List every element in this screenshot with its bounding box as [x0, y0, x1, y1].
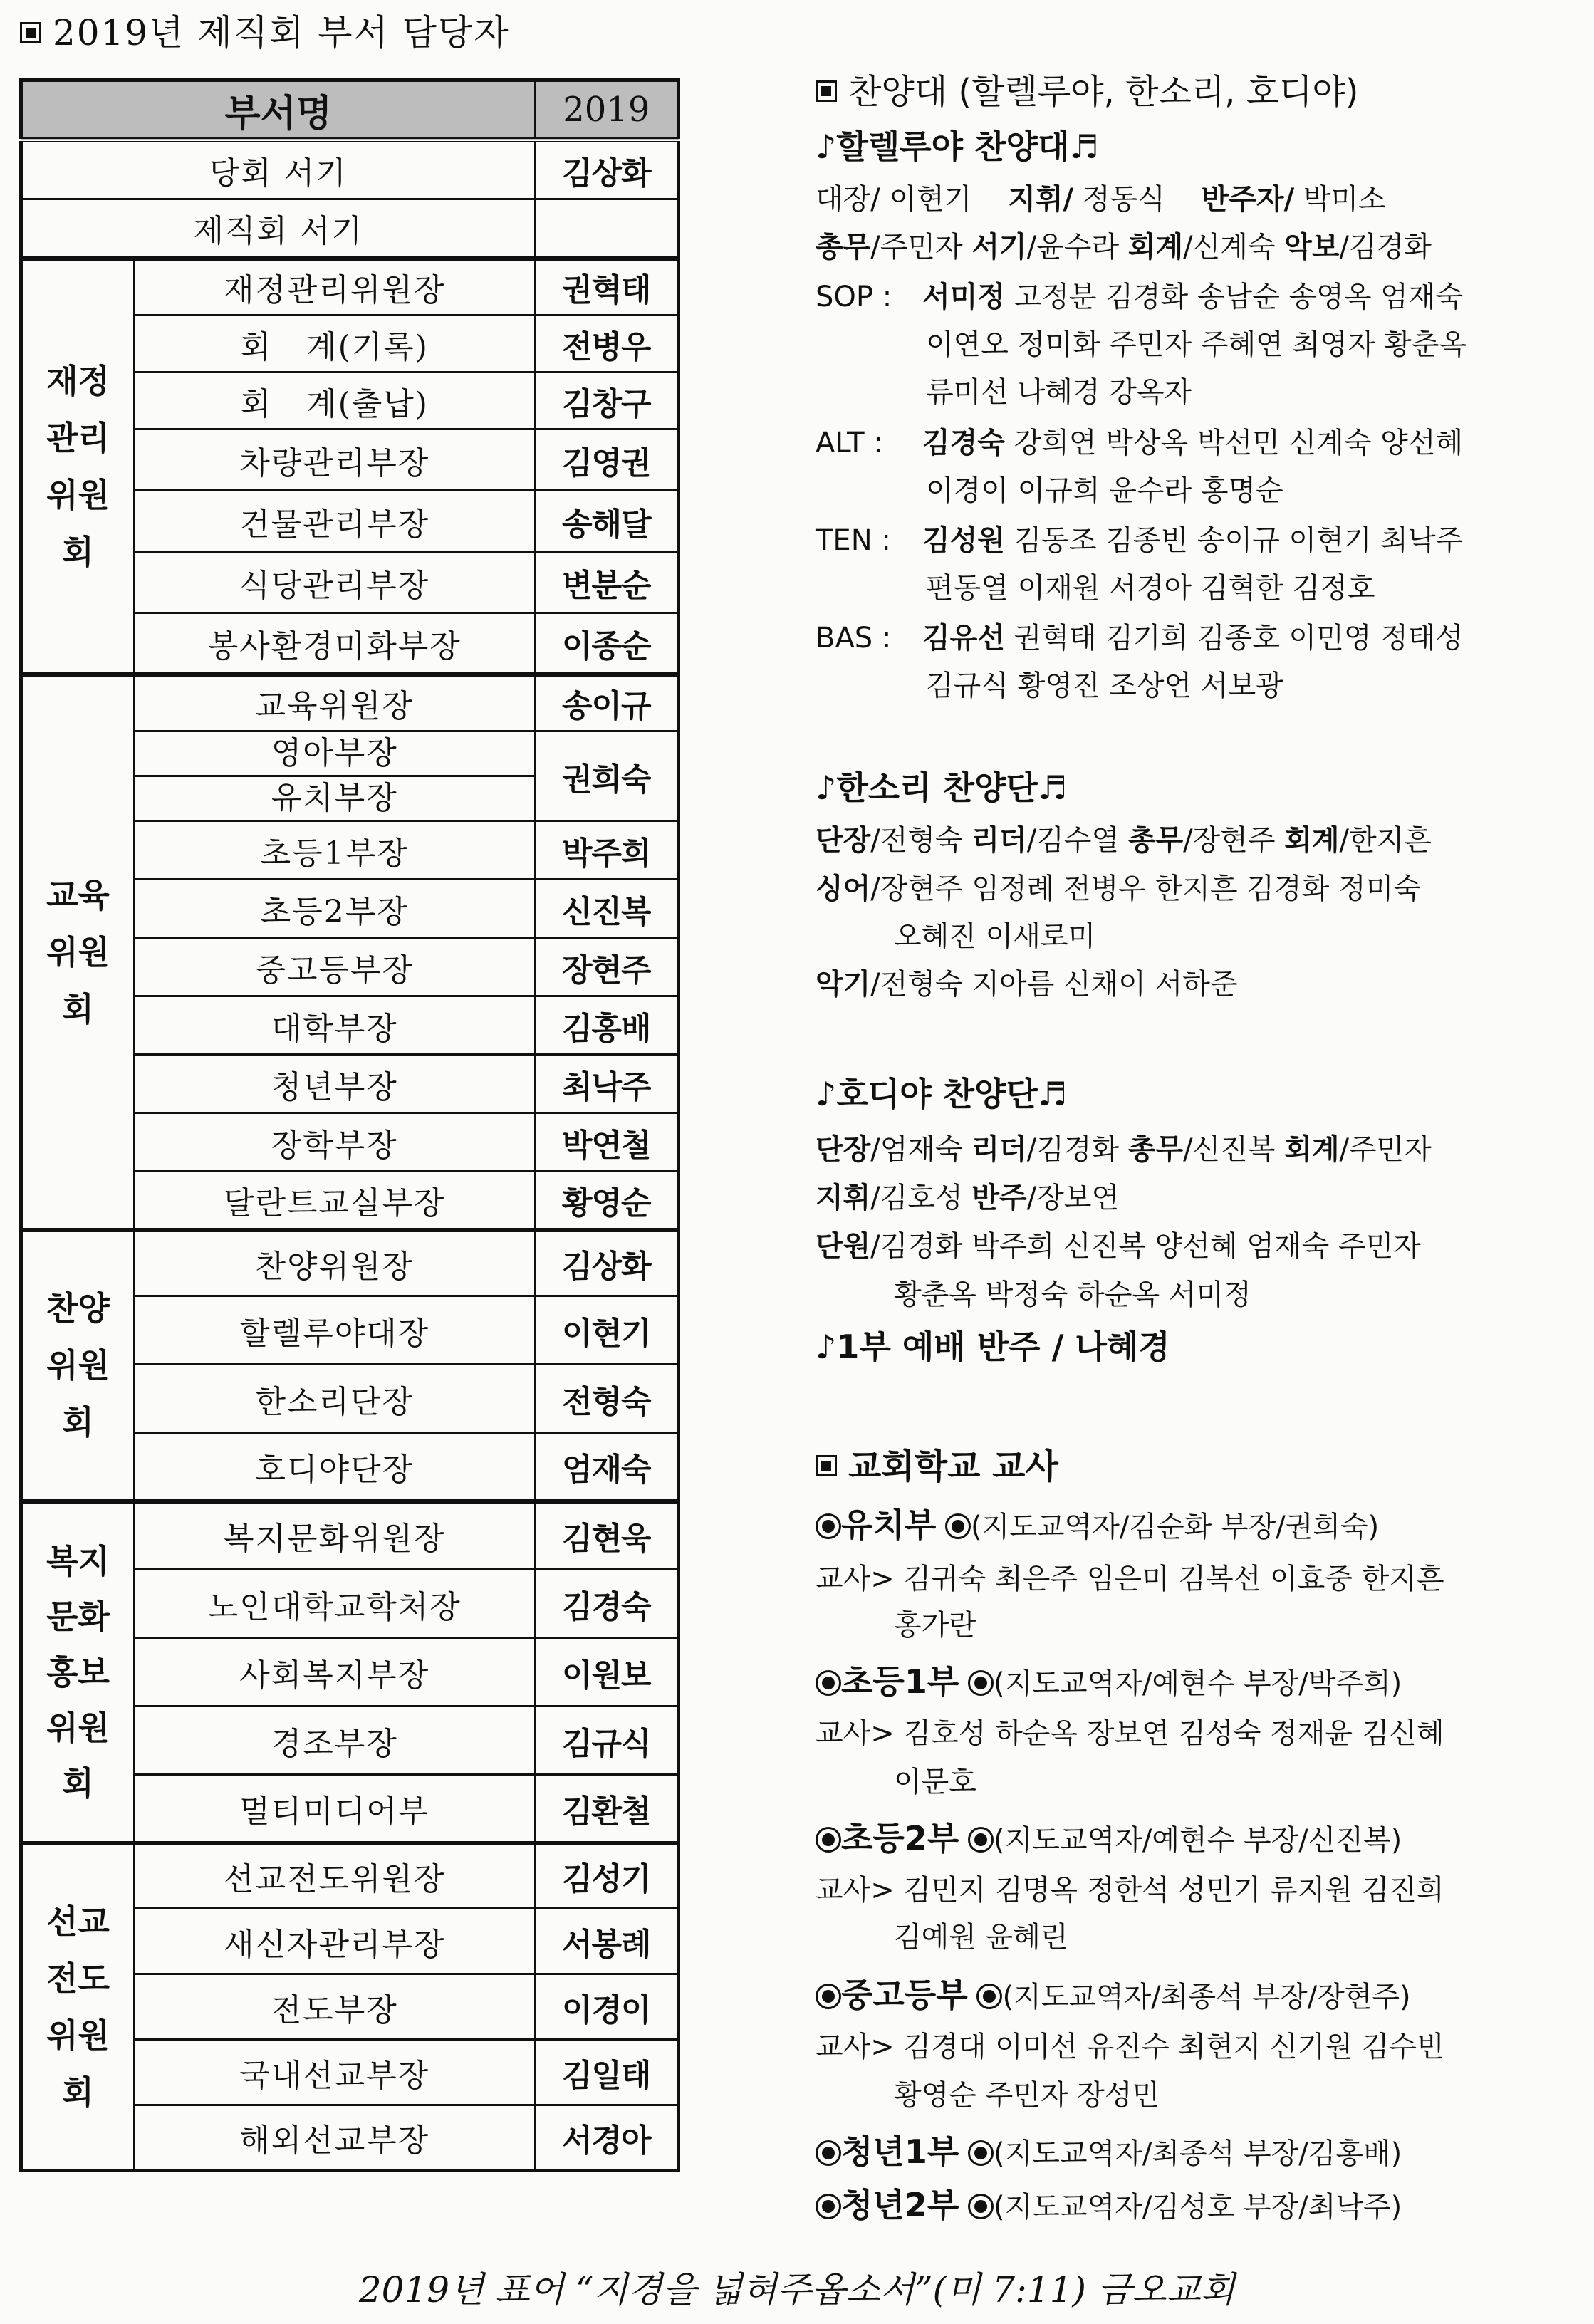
group-label-mission: 선교 전도 위원 회 [21, 1843, 135, 2171]
singers-label: 싱어 [816, 872, 870, 905]
hansori-instruments: 악기/전형숙 지아름 신채이 서하준 [816, 962, 1238, 1002]
role-cell: 초등2부장 [135, 880, 536, 938]
part-members: 김규식 황영진 조상언 서보광 [816, 663, 1283, 704]
group-label-line: 회 [23, 2064, 133, 2121]
singers-list: 오혜진 이새로미 [816, 914, 1095, 954]
school-section-title-text: 교회학교 교사 [848, 1447, 1058, 1486]
first-service-accompanist: ♪1부 예배 반주 / 나혜경 [816, 1321, 1170, 1368]
hansori-title-text: 한소리 찬양단 [836, 768, 1038, 807]
teachers-line: 교사> 김민지 김명옥 정한석 성민기 류지원 김진희 [816, 1867, 1444, 1908]
group-label-line: 회 [23, 1394, 133, 1451]
group-label-line: 관리 [23, 410, 133, 467]
role-cell: 회 계(출납) [135, 372, 536, 429]
bullseye-icon [968, 1670, 994, 1696]
part-label: SOP : [816, 281, 922, 313]
officer-name: /장보연 [1027, 1182, 1119, 1214]
group-label-line: 교육 [23, 867, 133, 924]
table-header-row: 부서명 2019 [21, 80, 679, 140]
bullseye-icon [968, 2194, 994, 2219]
roster-title-text: 2019년 제직회 부서 담당자 [53, 12, 510, 53]
role-cell: 해외선교부장 [135, 2105, 536, 2171]
teacher-list: 홍가란 [816, 1603, 976, 1643]
name-cell: 박연철 [535, 1113, 678, 1172]
table-row: 교육 위원 회 교육위원장 송이규 [21, 674, 679, 731]
part-members: 권혁태 김기희 김종호 이민영 정태성 [1014, 622, 1463, 655]
hansori-singers: 싱어/장현주 임정례 전병우 한지흔 김경화 정미숙 [816, 866, 1421, 907]
header-year: 2019 [535, 80, 678, 140]
part-members: 김동조 김종빈 송이규 이현기 최낙주 [1014, 524, 1463, 557]
officer-name: 박미소 [1294, 183, 1386, 216]
group-label-line: 복지 [23, 1533, 133, 1589]
officer-role: 회계 [1284, 824, 1339, 857]
dept-young-adult-2: 청년2부 (지도교역자/김성호 부장/최낙주) [816, 2179, 1402, 2226]
hodiya-members: 단원/김경화 박주희 신진복 양선혜 엄재숙 주민자 [816, 1224, 1421, 1264]
bullseye-icon [976, 1984, 1002, 2009]
dept-info: (지도교역자/최종석 부장/장현주) [1002, 1981, 1410, 2013]
officer-name: 정동식 [1073, 183, 1165, 216]
first-service-text: 1부 예배 반주 / 나혜경 [836, 1328, 1170, 1366]
officer-role: 단장 [816, 824, 870, 857]
role-cell: 영아부장 [135, 731, 536, 776]
group-label-line: 홍보 [23, 1645, 133, 1700]
hallelujah-officers-1: 대장/ 이현기 지휘/ 정동식 반주자/ 박미소 [816, 177, 1386, 217]
role-cell: 당회 서기 [21, 140, 536, 199]
role-cell: 노인대학교학처장 [135, 1570, 536, 1638]
officer-name: /한지흔 [1340, 824, 1432, 857]
hodiya-title: ♪호디야 찬양단♬ [816, 1068, 1067, 1115]
members-list: 황춘옥 박정숙 하순옥 서미정 [816, 1272, 1251, 1313]
group-label-line: 선교 [23, 1893, 133, 1950]
group-label-line: 회 [23, 523, 133, 580]
beamed-notes-icon: ♬ [1038, 1075, 1067, 1113]
role-cell: 회 계(기록) [135, 316, 536, 372]
officer-name: /신진복 [1183, 1133, 1275, 1166]
role-cell: 멀티미디어부 [135, 1775, 536, 1843]
group-label-line: 찬양 [23, 1280, 133, 1337]
group-label-line: 재정 [23, 353, 133, 410]
part-label: TEN : [816, 524, 922, 557]
officer-role: 대장/ [816, 183, 880, 216]
role-cell: 건물관리부장 [135, 491, 536, 552]
officer-role: 반주 [971, 1182, 1026, 1214]
teachers-line: 교사> 김경대 이미선 유진수 최현지 신기원 김수빈 [816, 2024, 1444, 2065]
officer-name: /전형숙 [870, 824, 962, 857]
role-cell: 제직회 서기 [21, 199, 536, 259]
square-bullet-icon [816, 80, 837, 102]
group-label-line: 회 [23, 1756, 133, 1811]
officer-name: /김경화 [1340, 231, 1432, 264]
officer-role: 서기 [971, 231, 1026, 264]
teacher-label: 교사> [816, 1874, 895, 1907]
group-label-welfare: 복지 문화 홍보 위원 회 [21, 1501, 135, 1843]
bullseye-icon [816, 1827, 841, 1853]
table-row: 선교 전도 위원 회 선교전도위원장 김성기 [21, 1843, 679, 1909]
role-cell: 선교전도위원장 [135, 1843, 536, 1909]
name-cell: 이종순 [535, 613, 678, 674]
choir-section-title: 찬양대 (할렐루야, 한소리, 호디야) [816, 64, 1359, 113]
group-label-line: 문화 [23, 1589, 133, 1645]
teacher-list: 황영순 주민자 장성민 [816, 2073, 1160, 2113]
role-cell: 봉사환경미화부장 [135, 613, 536, 674]
instruments-list: /전형숙 지아름 신채이 서하준 [870, 968, 1237, 1001]
officer-role: 회계 [1284, 1133, 1339, 1166]
teachers-line: 교사> 김호성 하순옥 장보연 김성숙 정재윤 김신혜 [816, 1711, 1444, 1751]
name-cell: 김환철 [535, 1775, 678, 1843]
officer-role: 단장 [816, 1133, 870, 1166]
members-label: 단원 [816, 1230, 870, 1263]
choir-section-title-text: 찬양대 (할렐루야, 한소리, 호디야) [848, 72, 1359, 112]
group-label-finance: 재정 관리 위원 회 [21, 259, 135, 674]
hodiya-title-text: 호디야 찬양단 [836, 1075, 1038, 1113]
hansori-officers: 단장/전형숙 리더/김수열 총무/장현주 회계/한지흔 [816, 818, 1432, 858]
role-cell: 식당관리부장 [135, 552, 536, 613]
part-lead: 김유선 [922, 622, 1005, 655]
officer-role: 반주자/ [1202, 183, 1295, 216]
name-cell: 김경숙 [535, 1570, 678, 1638]
dept-young-adult-1: 청년1부 (지도교역자/최종석 부장/김홍배) [816, 2126, 1402, 2173]
role-cell: 한소리단장 [135, 1365, 536, 1433]
eighth-note-icon: ♪ [816, 768, 836, 807]
role-cell: 사회복지부장 [135, 1638, 536, 1706]
dept-name: 청년2부 [841, 2186, 959, 2224]
name-cell: 김상화 [535, 1230, 678, 1296]
officer-role: 리더 [971, 824, 1026, 857]
name-cell: 최낙주 [535, 1055, 678, 1113]
department-roster-table: 부서명 2019 당회 서기 김상화 제직회 서기 재정 관리 위원 회 재정관… [19, 78, 680, 2172]
name-cell: 이경이 [535, 1974, 678, 2040]
name-cell: 전형숙 [535, 1365, 678, 1433]
officer-name: /윤수라 [1027, 231, 1119, 264]
bullseye-icon [816, 1984, 841, 2009]
officer-role: 회계 [1128, 231, 1183, 264]
role-cell: 대학부장 [135, 996, 536, 1055]
singers-list: /장현주 임정례 전병우 한지흔 김경화 정미숙 [870, 872, 1421, 905]
name-cell: 김성기 [535, 1843, 678, 1909]
motto-footer: 2019년 표어 “지경을 넓혀주옵소서”(미 7:11) 금오교회 [0, 2261, 1594, 2313]
officer-role: 지휘 [816, 1182, 870, 1214]
role-cell: 달란트교실부장 [135, 1172, 536, 1230]
table-row: 제직회 서기 [21, 199, 679, 259]
teacher-label: 교사> [816, 1717, 895, 1750]
name-cell: 이현기 [535, 1296, 678, 1365]
dept-elementary-2: 초등2부 (지도교역자/예현수 부장/신진복) [816, 1813, 1402, 1860]
hallelujah-title-text: 할렐루야 찬양대 [836, 127, 1069, 166]
dept-name: 초등2부 [841, 1819, 959, 1857]
part-members: 이연오 정미화 주민자 주혜연 최영자 황춘옥 [816, 322, 1467, 363]
dept-info: (지도교역자/김성호 부장/최낙주) [994, 2191, 1402, 2224]
hodiya-officers-1: 단장/엄재숙 리더/김경화 총무/신진복 회계/주민자 [816, 1127, 1432, 1167]
teacher-list: 이문호 [816, 1759, 976, 1800]
role-cell: 새신자관리부장 [135, 1909, 536, 1974]
bullseye-icon [968, 1827, 994, 1853]
officer-name: /장현주 [1183, 824, 1275, 857]
square-bullet-icon [20, 22, 41, 43]
teacher-list: 김호성 하순옥 장보연 김성숙 정재윤 김신혜 [904, 1717, 1444, 1750]
group-label-line: 위원 [23, 1700, 133, 1756]
roster-title: 2019년 제직회 부서 담당자 [20, 4, 510, 56]
square-bullet-icon [816, 1455, 837, 1476]
group-label-line: 회 [23, 981, 133, 1038]
dept-middle-high: 중고등부 (지도교역자/최종석 부장/장현주) [816, 1969, 1411, 2016]
part-members: 고정분 김경화 송남순 송영옥 엄재숙 [1014, 281, 1463, 313]
dept-info: (지도교역자/김순화 부장/권희숙) [971, 1511, 1379, 1543]
bullseye-icon [816, 2140, 841, 2166]
officer-name: /주민자 [870, 231, 962, 264]
teacher-label: 교사> [816, 1563, 895, 1595]
dept-elementary-1: 초등1부 (지도교역자/예현수 부장/박주희) [816, 1656, 1402, 1703]
officer-name: /엄재숙 [870, 1133, 962, 1166]
role-cell: 교육위원장 [135, 674, 536, 731]
officer-role: 악보 [1284, 231, 1339, 264]
part-label: ALT : [816, 427, 922, 459]
role-cell: 중고등부장 [135, 938, 536, 996]
eighth-note-icon: ♪ [816, 127, 836, 166]
officer-role: 총무 [1128, 1133, 1183, 1166]
group-label-line: 위원 [23, 1337, 133, 1394]
officer-name: /신계숙 [1183, 231, 1275, 264]
part-lead: 김성원 [922, 524, 1005, 557]
table-row: 찬양 위원 회 찬양위원장 김상화 [21, 1230, 679, 1296]
eighth-note-icon: ♪ [816, 1328, 836, 1366]
name-cell: 김창구 [535, 372, 678, 429]
hallelujah-officers-2: 총무/주민자 서기/윤수라 회계/신계숙 악보/김경화 [816, 224, 1432, 265]
officer-role: 지휘/ [1008, 183, 1073, 216]
officer-name: /주민자 [1340, 1133, 1432, 1166]
table-row: 당회 서기 김상화 [21, 140, 679, 199]
teacher-list: 김귀숙 최은주 임은미 김복선 이효중 한지흔 [904, 1563, 1444, 1595]
part-lead: 서미정 [922, 281, 1005, 313]
officer-role: 총무 [1128, 824, 1183, 857]
name-cell: 장현주 [535, 938, 678, 996]
group-label-line: 전도 [23, 1950, 133, 2007]
group-label-line: 위원 [23, 2007, 133, 2064]
officer-role: 총무 [816, 231, 870, 264]
instruments-label: 악기 [816, 968, 870, 1001]
dept-info: (지도교역자/예현수 부장/신진복) [994, 1824, 1402, 1857]
bullseye-icon [816, 1670, 841, 1696]
part-ten: TEN :김성원 김동조 김종빈 송이규 이현기 최낙주 [816, 518, 1463, 558]
name-cell: 박주희 [535, 821, 678, 880]
role-cell: 초등1부장 [135, 821, 536, 880]
teachers-line: 교사> 김귀숙 최은주 임은미 김복선 이효중 한지흔 [816, 1556, 1444, 1597]
role-cell: 장학부장 [135, 1113, 536, 1172]
part-lead: 김경숙 [922, 427, 1005, 459]
role-cell: 경조부장 [135, 1706, 536, 1775]
teacher-list: 김예원 윤혜린 [816, 1914, 1068, 1955]
header-department: 부서명 [21, 80, 536, 140]
part-sop: SOP :서미정 고정분 김경화 송남순 송영옥 엄재숙 [816, 274, 1463, 315]
name-cell: 신진복 [535, 880, 678, 938]
group-label-line: 위원 [23, 467, 133, 523]
group-label-worship: 찬양 위원 회 [21, 1230, 135, 1501]
name-cell: 김홍배 [535, 996, 678, 1055]
table-row: 복지 문화 홍보 위원 회 복지문화위원장 김현욱 [21, 1501, 679, 1570]
role-cell: 호디야단장 [135, 1433, 536, 1501]
teacher-label: 교사> [816, 2031, 895, 2063]
role-cell: 청년부장 [135, 1055, 536, 1113]
name-cell: 서경아 [535, 2105, 678, 2171]
dept-info: (지도교역자/최종석 부장/김홍배) [994, 2137, 1402, 2170]
officer-name: 이현기 [880, 183, 972, 216]
part-members: 편동열 이재원 서경아 김혁한 김정호 [816, 566, 1375, 606]
name-cell: 황영순 [535, 1172, 678, 1230]
role-cell: 전도부장 [135, 1974, 536, 2040]
school-section-title: 교회학교 교사 [816, 1439, 1058, 1488]
dept-name: 중고등부 [841, 1976, 968, 2014]
officer-role: 리더 [971, 1133, 1026, 1166]
part-members: 강희연 박상옥 박선민 신계숙 양선혜 [1014, 427, 1463, 459]
dept-name: 유치부 [841, 1506, 936, 1544]
hodiya-officers-2: 지휘/김호성 반주/장보연 [816, 1175, 1119, 1216]
group-label-education: 교육 위원 회 [21, 674, 135, 1230]
officer-name: /김호성 [870, 1182, 962, 1214]
dept-name: 초등1부 [841, 1662, 959, 1701]
part-label: BAS : [816, 622, 922, 655]
dept-info: (지도교역자/예현수 부장/박주희) [994, 1667, 1402, 1700]
name-cell: 변분순 [535, 552, 678, 613]
group-label-line: 위원 [23, 924, 133, 981]
teacher-list: 김경대 이미선 유진수 최현지 신기원 김수빈 [904, 2031, 1444, 2063]
part-members: 류미선 나혜경 강옥자 [816, 370, 1192, 410]
part-alt: ALT :김경숙 강희연 박상옥 박선민 신계숙 양선혜 [816, 420, 1463, 461]
hallelujah-title: ♪할렐루야 찬양대♬ [816, 121, 1099, 168]
name-cell: 김상화 [535, 140, 678, 199]
beamed-notes-icon: ♬ [1038, 768, 1067, 807]
name-cell: 김규식 [535, 1706, 678, 1775]
beamed-notes-icon: ♬ [1069, 127, 1098, 166]
name-cell: 이원보 [535, 1638, 678, 1706]
role-cell: 국내선교부장 [135, 2040, 536, 2105]
part-bas: BAS :김유선 권혁태 김기희 김종호 이민영 정태성 [816, 615, 1463, 656]
teacher-list: 김민지 김명옥 정한석 성민기 류지원 김진희 [904, 1874, 1444, 1907]
officer-name: /김수열 [1027, 824, 1119, 857]
role-cell: 유치부장 [135, 776, 536, 821]
hansori-title: ♪한소리 찬양단♬ [816, 762, 1067, 809]
bullseye-icon [816, 2194, 841, 2219]
role-cell: 재정관리위원장 [135, 259, 536, 316]
dept-name: 청년1부 [841, 2132, 959, 2171]
name-cell: 전병우 [535, 316, 678, 372]
dept-kindergarten: 유치부 (지도교역자/김순화 부장/권희숙) [816, 1499, 1379, 1546]
eighth-note-icon: ♪ [816, 1075, 836, 1113]
name-cell: 김영권 [535, 429, 678, 491]
name-cell: 권혁태 [535, 259, 678, 316]
bullseye-icon [968, 2140, 994, 2166]
name-cell: 엄재숙 [535, 1433, 678, 1501]
role-cell: 복지문화위원장 [135, 1501, 536, 1570]
name-cell: 김현욱 [535, 1501, 678, 1570]
role-cell: 할렐루야대장 [135, 1296, 536, 1365]
name-cell [535, 199, 678, 259]
name-cell: 송이규 [535, 674, 678, 731]
role-cell: 차량관리부장 [135, 429, 536, 491]
table-row: 재정 관리 위원 회 재정관리위원장 권혁태 [21, 259, 679, 316]
role-cell: 찬양위원장 [135, 1230, 536, 1296]
bullseye-icon [816, 1513, 841, 1539]
name-cell: 송해달 [535, 491, 678, 552]
officer-name: /김경화 [1027, 1133, 1119, 1166]
name-cell: 김일태 [535, 2040, 678, 2105]
members-list: /김경화 박주희 신진복 양선혜 엄재숙 주민자 [870, 1230, 1421, 1263]
bullseye-icon [945, 1513, 971, 1539]
name-cell: 서봉례 [535, 1909, 678, 1974]
name-cell: 권희숙 [535, 731, 678, 821]
part-members: 이경이 이규희 윤수라 홍명순 [816, 468, 1283, 509]
